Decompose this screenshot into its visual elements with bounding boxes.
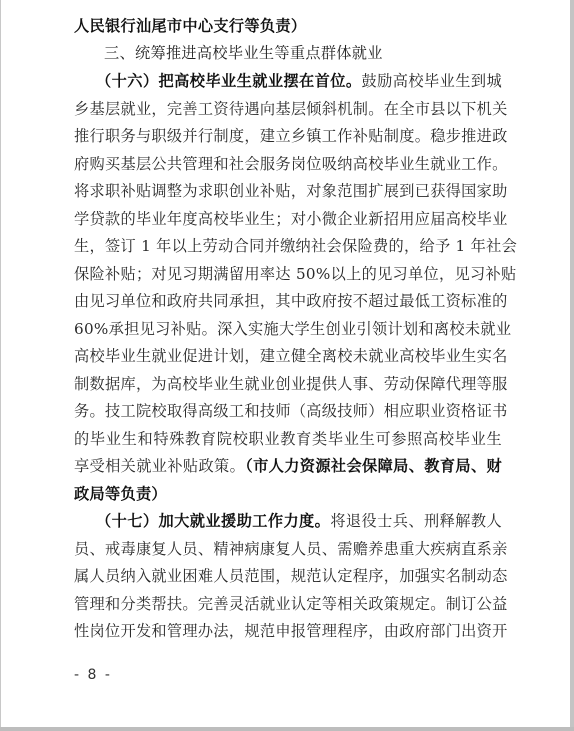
text-line: 高校毕业生就业促进计划，建立健全离校未就业高校毕业生实名 [74, 344, 502, 368]
text-line: 制数据库，为高校毕业生就业创业提供人事、劳动保障代理等服 [74, 372, 502, 396]
text-line: 60%承担见习补贴。深入实施大学生创业引领计划和离校未就业 [74, 317, 502, 341]
section-heading: 三、统筹推进高校毕业生等重点群体就业 [104, 41, 532, 65]
text-line: （十六）把高校毕业生就业摆在首位。鼓励高校毕业生到城 [96, 69, 502, 93]
text-line: 的毕业生和特殊教育院校职业教育类毕业生可参照高校毕业生 [74, 427, 502, 451]
text-line: 务。技工院校取得高级工和技师（高级技师）相应职业资格证书 [74, 399, 502, 423]
text-line: 推行职务与职级并行制度，建立乡镇工作补贴制度。稳步推进政 [74, 124, 502, 148]
text-line: 属人员纳入就业困难人员范围，规范认定程序，加强实名制动态 [74, 564, 502, 588]
page-right-edge [570, 0, 574, 731]
text-line: 府购买基层公共管理和社会服务岗位吸纳高校毕业生就业工作。 [74, 152, 502, 176]
text-line: 乡基层就业，完善工资待遇向基层倾斜机制。在全市县以下机关 [74, 97, 502, 121]
page-bottom-edge [0, 727, 574, 731]
text-line: 生，签订 1 年以上劳动合同并缴纳社会保险费的，给予 1 年社会 [74, 234, 502, 258]
text-line: （十七）加大就业援助工作力度。将退役士兵、刑释解教人 [96, 509, 502, 533]
text-line: 政局等负责） [74, 482, 502, 506]
text-line: 员、戒毒康复人员、精神病康复人员、需赡养患重大疾病直系亲 [74, 537, 502, 561]
text-line: 人民银行汕尾市中心支行等负责） [74, 14, 502, 38]
text-line: 享受相关就业补贴政策。（市人力资源社会保障局、教育局、财 [74, 454, 502, 478]
text-line: 保险补贴；对见习期满留用率达 50%以上的见习单位，见习补贴 [74, 262, 502, 286]
text-line: 性岗位开发和管理办法，规范申报管理程序，由政府部门出资开 [74, 619, 502, 643]
text-line: 由见习单位和政府共同承担，其中政府按不超过最低工资标准的 [74, 289, 502, 313]
text-line: 管理和分类帮扶。完善灵活就业认定等相关政策规定。制订公益 [74, 592, 502, 616]
document-page: 人民银行汕尾市中心支行等负责） 三、统筹推进高校毕业生等重点群体就业 （十六）把… [0, 0, 574, 731]
text-line: 将求职补贴调整为求职创业补贴，对象范围扩展到已获得国家助 [74, 179, 502, 203]
text-line: 学贷款的毕业年度高校毕业生；对小微企业新招用应届高校毕业 [74, 207, 502, 231]
page-number: - 8 - [74, 667, 112, 683]
